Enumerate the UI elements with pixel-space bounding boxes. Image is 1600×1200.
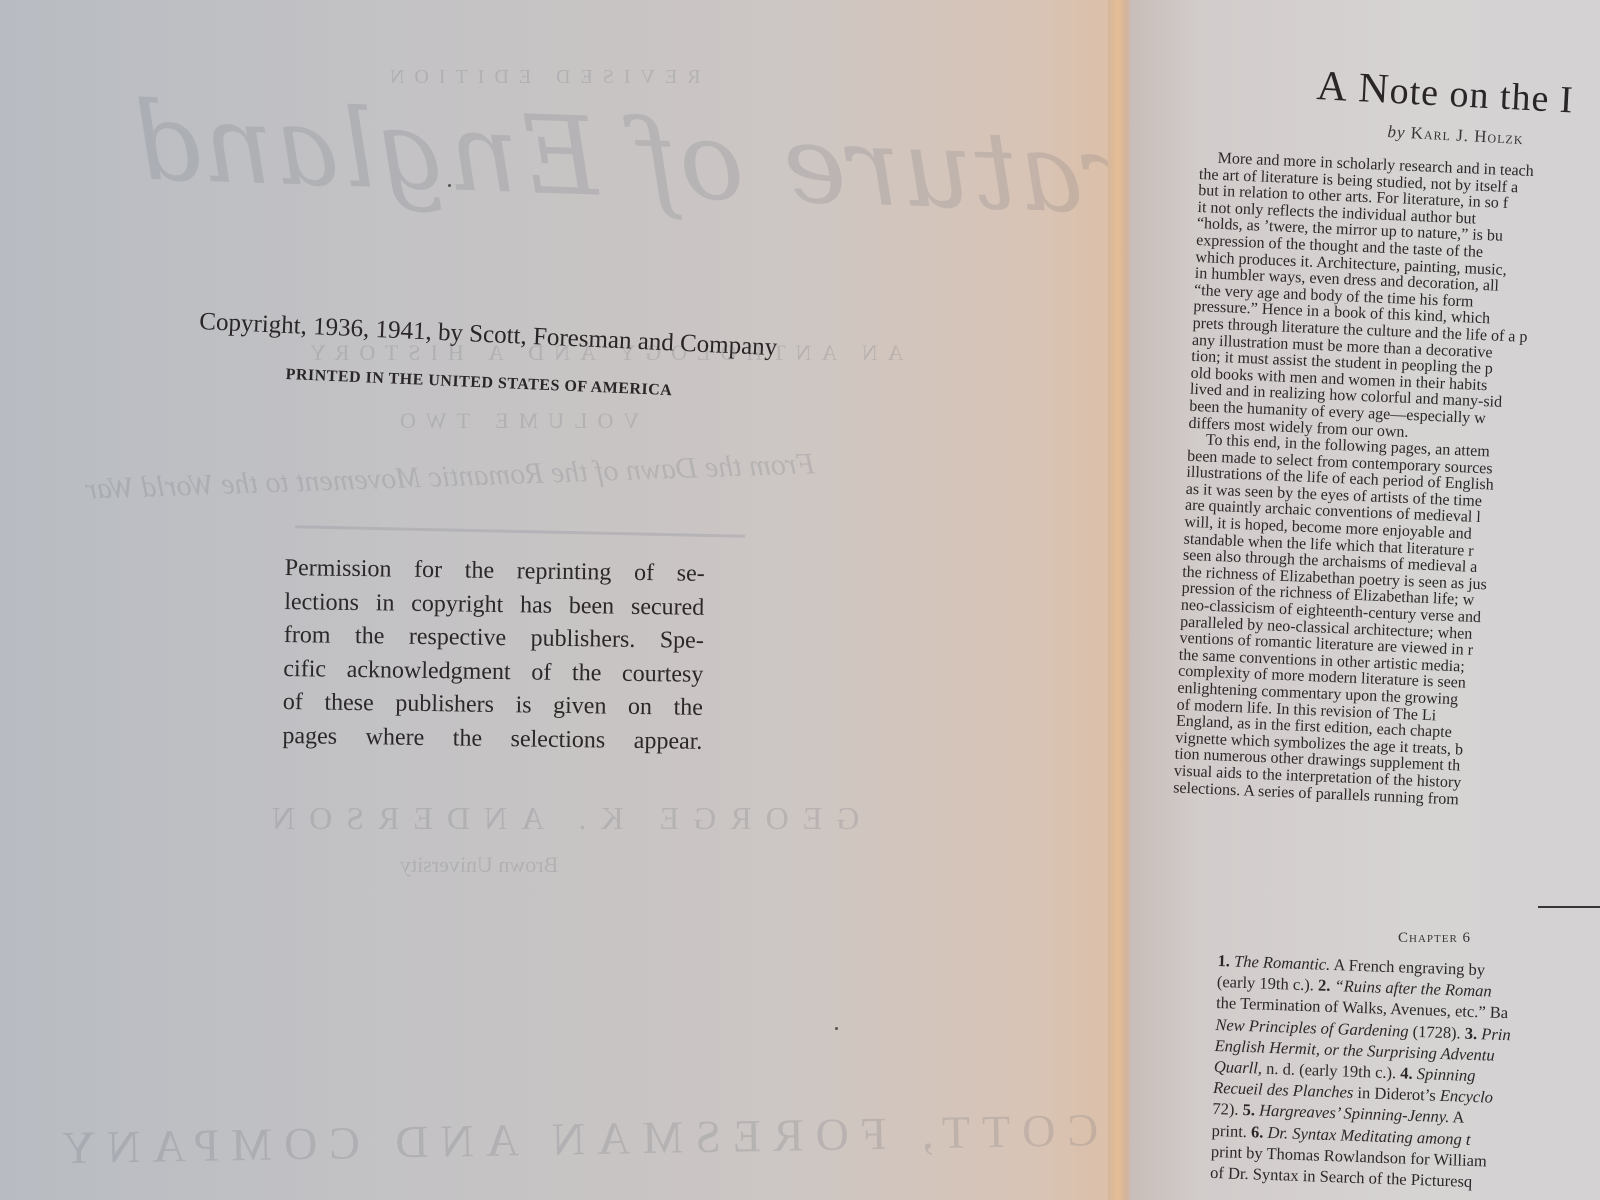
title-rest: ote on the I xyxy=(1389,70,1575,122)
paper-speck xyxy=(835,1027,838,1030)
permission-line: pages where the selections appear. xyxy=(282,719,702,758)
essay-body: More and more in scholarly research and … xyxy=(1173,150,1600,820)
permission-line: Permission for the reprinting of se- xyxy=(285,552,705,591)
caption-number: 6. xyxy=(1251,1122,1264,1141)
caption-title: Quarll, xyxy=(1214,1057,1263,1078)
caption-text: 72). xyxy=(1212,1099,1243,1119)
show-through-university: Brown University xyxy=(400,852,558,878)
section-rule xyxy=(1538,906,1600,908)
show-through-edition: REVISED EDITION xyxy=(380,66,701,89)
right-page: A Note on the I by Karl J. Holzk More an… xyxy=(1130,0,1600,1200)
caption-text: (early 19th c.). xyxy=(1217,972,1319,995)
page-title: A Note on the I xyxy=(1315,62,1574,123)
printed-in-line: PRINTED IN THE UNITED STATES OF AMERICA xyxy=(285,366,672,400)
paper-speck xyxy=(448,184,451,187)
byline-author: Karl J. Holzk xyxy=(1410,123,1524,148)
chapter-heading: Chapter 6 xyxy=(1398,930,1471,947)
byline-by: by xyxy=(1387,122,1406,142)
title-initial-a: A xyxy=(1316,63,1350,111)
left-page: REVISED EDITION The Literature of Englan… xyxy=(0,0,1118,1200)
divider-rule xyxy=(295,525,745,537)
show-through-subtitle: From the Dawn of the Romantic Movement t… xyxy=(85,447,816,506)
caption-text: A xyxy=(1449,1108,1465,1128)
permission-line: of these publishers is given on the xyxy=(283,686,703,725)
illustration-captions: 1. The Romantic. A French engraving by (… xyxy=(1210,950,1600,1200)
byline: by Karl J. Holzk xyxy=(1387,122,1524,149)
caption-number: 4. xyxy=(1400,1063,1413,1082)
caption-number: 3. xyxy=(1465,1023,1478,1042)
show-through-publisher: SCOTT, FORESMAN AND COMPANY xyxy=(50,1103,1118,1175)
title-initial-n: N xyxy=(1357,65,1391,113)
caption-text: (1728). xyxy=(1408,1021,1465,1042)
caption-text: in Diderot’s xyxy=(1353,1083,1440,1105)
caption-number: 5. xyxy=(1242,1100,1255,1119)
caption-number: 2. xyxy=(1318,976,1331,995)
caption-title: The Romantic. xyxy=(1234,952,1331,974)
permission-line: from the respective publishers. Spe- xyxy=(284,619,704,658)
show-through-author: GEORGE K. ANDERSON xyxy=(258,800,859,837)
caption-title: Prin xyxy=(1481,1024,1511,1044)
caption-title: Spinning xyxy=(1416,1064,1475,1085)
show-through-title: The Literature of England xyxy=(128,79,1118,255)
caption-number: 1. xyxy=(1217,951,1230,970)
show-through-volume: VOLUME TWO xyxy=(390,408,639,434)
caption-text: print. xyxy=(1211,1121,1251,1141)
caption-title: Encyclo xyxy=(1440,1086,1494,1107)
permission-notice: Permission for the reprinting of se- lec… xyxy=(282,552,705,759)
